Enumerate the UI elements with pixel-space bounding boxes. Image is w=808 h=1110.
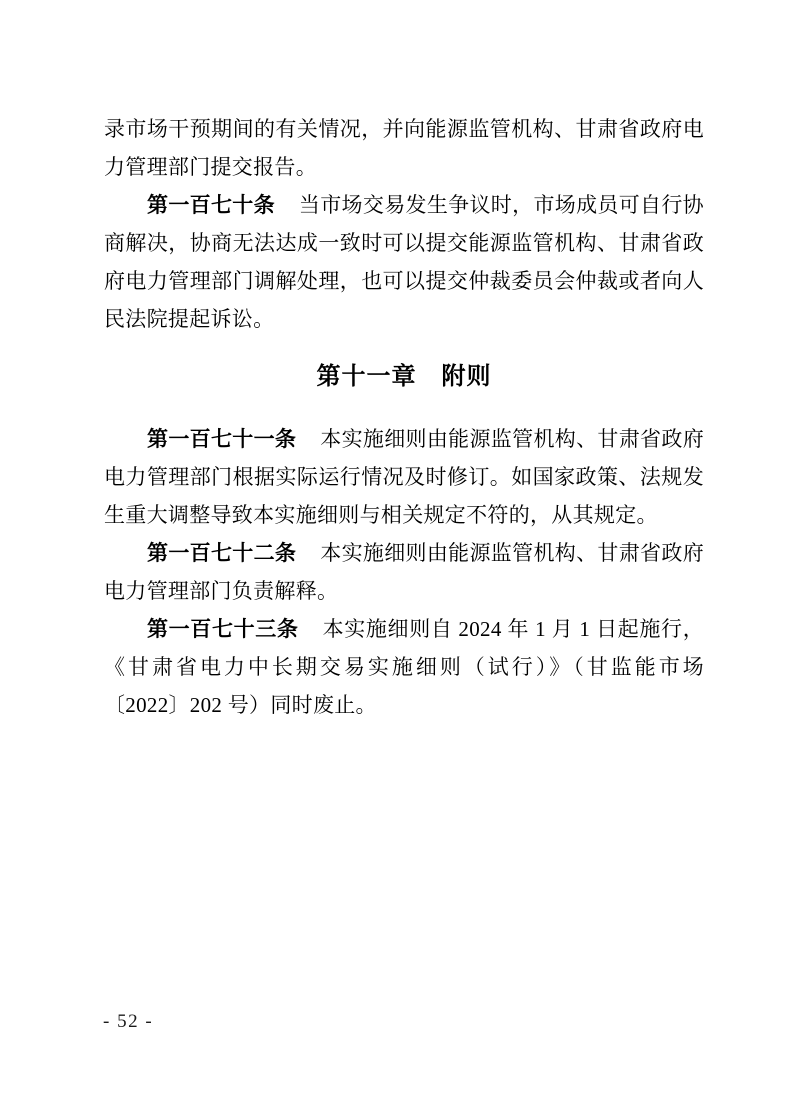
article-number: 第一百七十一条 <box>147 427 296 451</box>
page-number: - 52 - <box>103 1010 153 1034</box>
document-body: 录市场干预期间的有关情况，并向能源监管机构、甘肃省政府电力管理部门提交报告。 第… <box>104 110 704 724</box>
article-number: 第一百七十条 <box>147 193 275 217</box>
paragraph-text: 录市场干预期间的有关情况，并向能源监管机构、甘肃省政府电力管理部门提交报告。 <box>104 117 704 179</box>
article-number: 第一百七十三条 <box>147 617 299 641</box>
document-page: 录市场干预期间的有关情况，并向能源监管机构、甘肃省政府电力管理部门提交报告。 第… <box>0 0 808 1110</box>
chapter-heading: 第十一章 附则 <box>104 357 704 397</box>
article-number: 第一百七十二条 <box>147 541 296 565</box>
paragraph-article-173: 第一百七十三条本实施细则自 2024 年 1 月 1 日起施行，《甘肃省电力中长… <box>104 610 704 724</box>
paragraph-article-171: 第一百七十一条本实施细则由能源监管机构、甘肃省政府电力管理部门根据实际运行情况及… <box>104 420 704 534</box>
paragraph-continuation: 录市场干预期间的有关情况，并向能源监管机构、甘肃省政府电力管理部门提交报告。 <box>104 110 704 186</box>
paragraph-article-172: 第一百七十二条本实施细则由能源监管机构、甘肃省政府电力管理部门负责解释。 <box>104 534 704 610</box>
paragraph-article-170: 第一百七十条当市场交易发生争议时，市场成员可自行协商解决，协商无法达成一致时可以… <box>104 186 704 338</box>
